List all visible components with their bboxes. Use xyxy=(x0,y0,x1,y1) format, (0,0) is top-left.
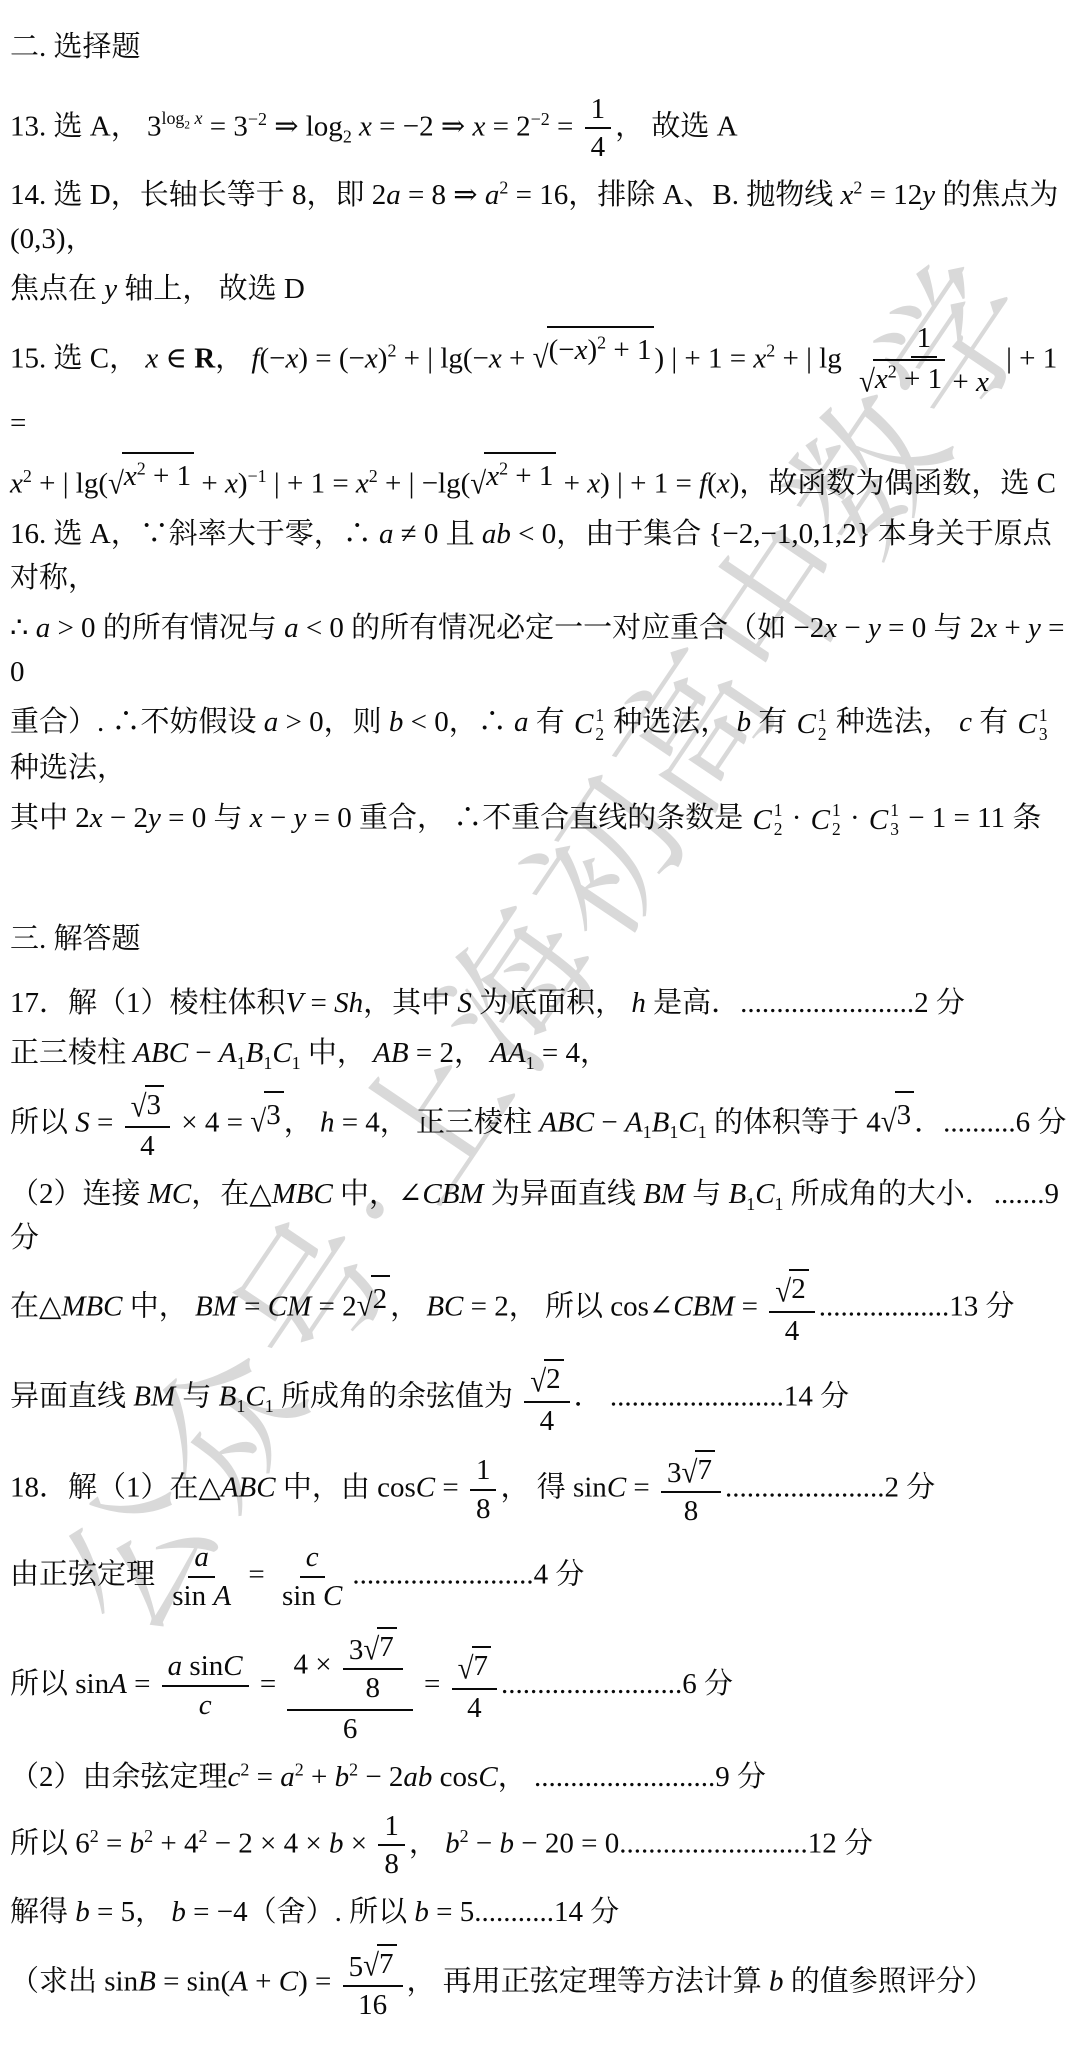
radical-sign-icon: √ xyxy=(250,1107,266,1138)
radical-sign-icon: √ xyxy=(470,469,486,500)
q15-answer-line1: 15. 选 C， x ∈ R， f(−x) = (−x)2 + | lg(−x … xyxy=(10,319,1072,446)
q18-step-3: 所以 sinA = a sinCc = 4 × 3√786 = √74.....… xyxy=(10,1623,1072,1749)
q18-step-5: 所以 62 = b2 + 42 − 2 × 4 × b × 18， b2 − b… xyxy=(10,1807,1072,1885)
q18-note: （求出 sinB = sin(A + C) = 5√716， 再用正弦定理等方法… xyxy=(10,1942,1072,2025)
radical-sign-icon: √ xyxy=(881,1107,897,1138)
radical-sign-icon: √ xyxy=(530,1367,546,1398)
radical-sign-icon: √ xyxy=(775,1277,791,1308)
q14-answer-line2: 焦点在 y 轴上， 故选 D xyxy=(10,268,1072,312)
q17-step-1: 17．解（1）棱柱体积V = Sh，其中 S 为底面积， h 是高．......… xyxy=(10,982,1072,1026)
radical-sign-icon: √ xyxy=(682,1457,698,1488)
section-2-heading: 二. 选择题 xyxy=(10,26,1072,70)
q17-step-3: 所以 S = √34 × 4 = √3， h = 4， 正三棱柱 ABC − A… xyxy=(10,1083,1072,1166)
answer-sheet-page: 公众号·上海初高中数学 二. 选择题13. 选 A， 3log2 x = 3−2… xyxy=(0,0,1080,2058)
q17-step-4: （2）连接 MC，在△MBC 中，∠CBM 为异面直线 BM 与 B1C1 所成… xyxy=(10,1173,1072,1260)
q16-answer-line4: 其中 2x − 2y = 0 与 x − y = 0 重合， ∴不重合直线的条数… xyxy=(10,797,1072,842)
radical-sign-icon: √ xyxy=(363,1951,379,1982)
q16-answer-line3: 重合）. ∴不妨假设 a > 0，则 b < 0，∴ a 有 C12 种选法， … xyxy=(10,701,1072,790)
radical-sign-icon: √ xyxy=(131,1092,147,1123)
q17-step-2: 正三棱柱 ABC − A1B1C1 中， AB = 2， AA1 = 4， xyxy=(10,1032,1072,1076)
q17-step-6: 异面直线 BM 与 B1C1 所成角的余弦值为 √24． ...........… xyxy=(10,1357,1072,1440)
q18-step-2: 由正弦定理 asin A = csin C...................… xyxy=(10,1538,1072,1616)
q13-answer: 13. 选 A， 3log2 x = 3−2 ⇒ log2 x = −2 ⇒ x… xyxy=(10,90,1072,168)
q14-answer-line1: 14. 选 D，长轴长等于 8，即 2a = 8 ⇒ a2 = 16，排除 A、… xyxy=(10,174,1072,261)
q18-step-1: 18．解（1）在△ABC 中，由 cosC = 18， 得 sinC = 3√7… xyxy=(10,1448,1072,1531)
q18-step-6: 解得 b = 5， b = −4（舍）. 所以 b = 5...........… xyxy=(10,1891,1072,1935)
radical-sign-icon: √ xyxy=(108,469,124,500)
q16-answer-line1: 16. 选 A，∵斜率大于零，∴ a ≠ 0 且 ab < 0，由于集合 {−2… xyxy=(10,513,1072,600)
document-body: 二. 选择题13. 选 A， 3log2 x = 3−2 ⇒ log2 x = … xyxy=(10,26,1072,2025)
q15-answer-line2: x2 + | lg(√x2 + 1 + x)−1 | + 1 = x2 + | … xyxy=(10,452,1072,506)
q17-step-5: 在△MBC 中， BM = CM = 2√2， BC = 2， 所以 cos∠C… xyxy=(10,1267,1072,1350)
radical-sign-icon: √ xyxy=(458,1654,474,1685)
q18-step-4: （2）由余弦定理c2 = a2 + b2 − 2ab cosC， .......… xyxy=(10,1756,1072,1800)
radical-sign-icon: √ xyxy=(859,367,875,398)
radical-sign-icon: √ xyxy=(363,1634,379,1665)
q16-answer-line2: ∴ a > 0 的所有情况与 a < 0 的所有情况必定一一对应重合（如 −2x… xyxy=(10,607,1072,694)
radical-sign-icon: √ xyxy=(533,343,549,374)
section-3-heading: 三. 解答题 xyxy=(10,918,1072,962)
radical-sign-icon: √ xyxy=(357,1291,373,1322)
